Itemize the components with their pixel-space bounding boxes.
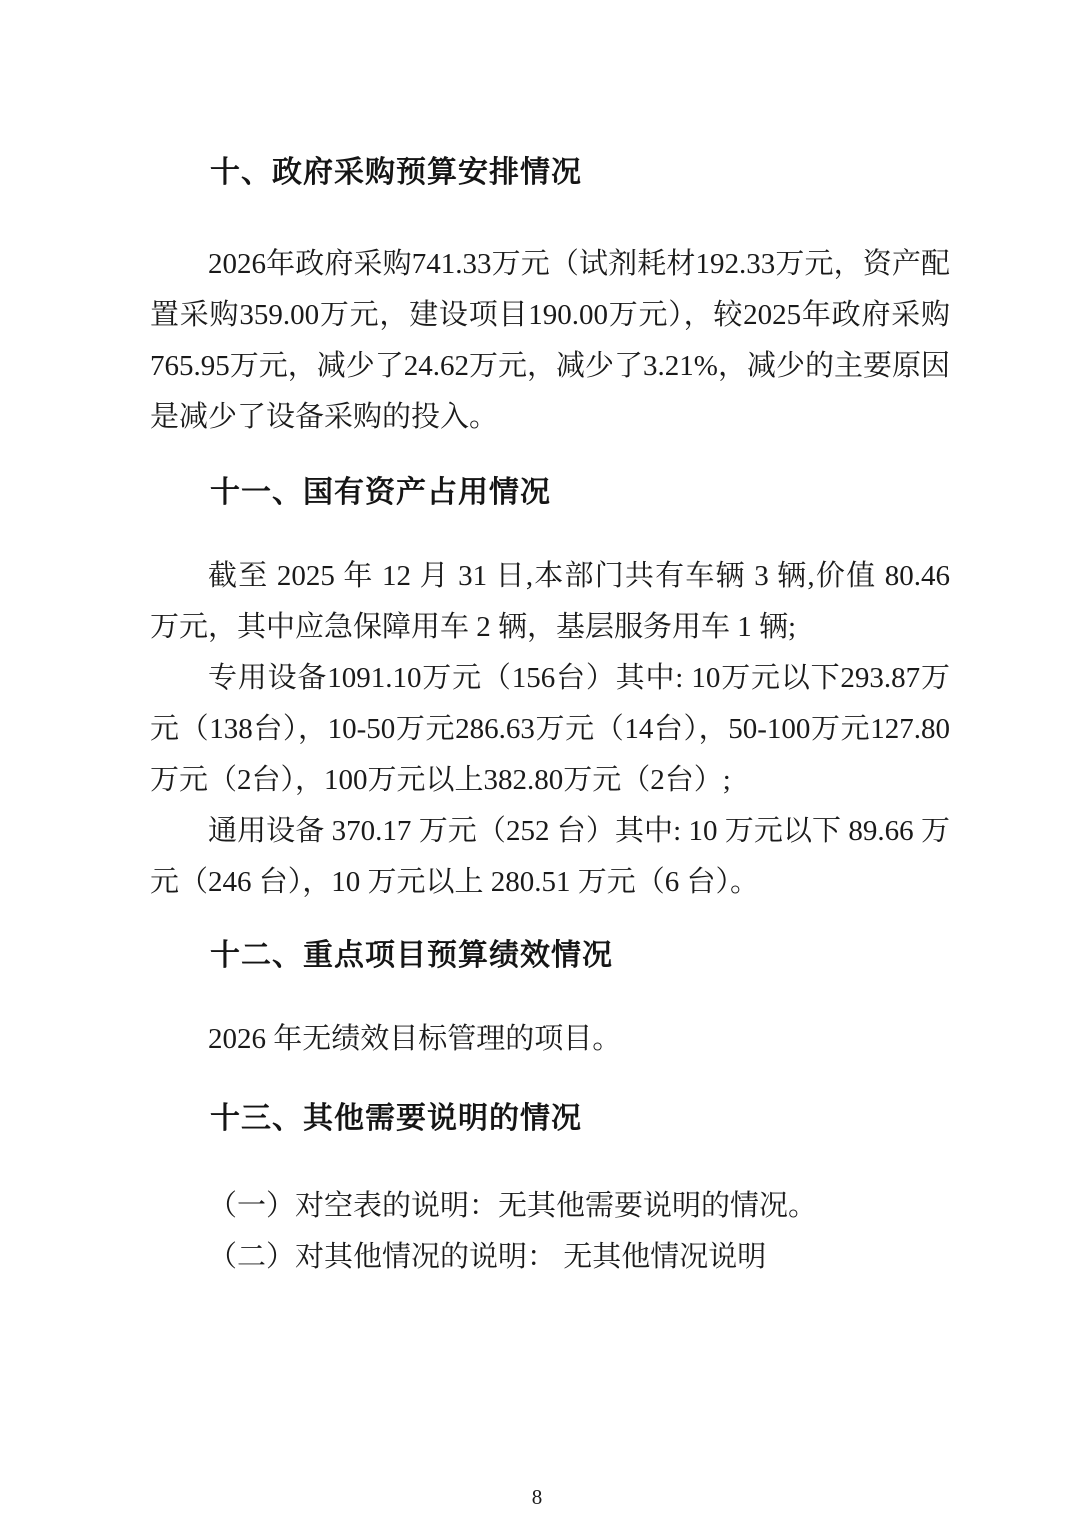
section-heading-key-project-performance: 十二、重点项目预算绩效情况 [150,938,950,974]
paragraph-procurement-details: 2026年政府采购741.33万元（试剂耗材192.33万元，资产配置采购359… [150,239,950,443]
paragraph-general-equipment: 通用设备 370.17 万元（252 台）其中: 10 万元以下 89.66 万… [150,806,950,908]
paragraph-vehicles: 截至 2025 年 12 月 31 日,本部门共有车辆 3 辆,价值 80.46… [150,551,950,653]
paragraph-performance: 2026 年无绩效目标管理的项目。 [150,1014,950,1065]
section-heading-state-assets: 十一、国有资产占用情况 [150,475,950,511]
document-page: 十、政府采购预算安排情况 2026年政府采购741.33万元（试剂耗材192.3… [0,0,1074,1520]
paragraph-special-equipment: 专用设备1091.10万元（156台）其中: 10万元以下293.87万元（13… [150,653,950,806]
section-heading-other-notes: 十三、其他需要说明的情况 [150,1101,950,1137]
page-number: 8 [0,1485,1074,1510]
paragraph-note-other: （二）对其他情况的说明： 无其他情况说明 [150,1232,950,1283]
section-heading-government-procurement: 十、政府采购预算安排情况 [150,155,950,191]
paragraph-note-empty-tables: （一）对空表的说明：无其他需要说明的情况。 [150,1181,950,1232]
document-body: 十、政府采购预算安排情况 2026年政府采购741.33万元（试剂耗材192.3… [150,0,950,1283]
